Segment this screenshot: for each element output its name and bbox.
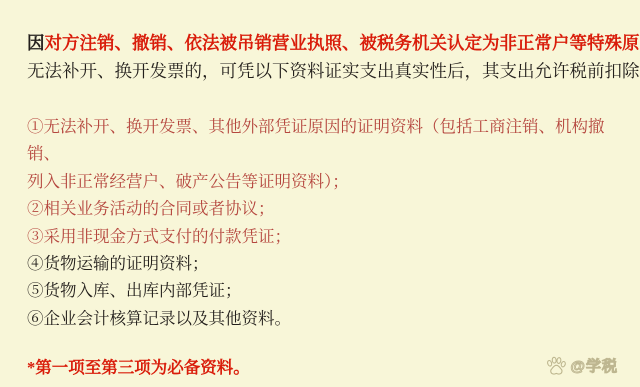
list-item: ④货物运输的证明资料； xyxy=(27,250,622,277)
list-item: ③采用非现金方式支付的付款凭证； xyxy=(27,223,622,250)
footnote: *第一项至第三项为必备资料。 xyxy=(27,355,622,381)
document-list: ①无法补开、换开发票、其他外部凭证原因的证明资料（包括工商注销、机构撤销、 列入… xyxy=(27,113,622,332)
intro-paragraph: 因对方注销、撤销、依法被吊销营业执照、被税务机关认定为非正常户等特殊原因无法补开… xyxy=(27,29,622,85)
slide-background: 因对方注销、撤销、依法被吊销营业执照、被税务机关认定为非正常户等特殊原因无法补开… xyxy=(0,0,640,387)
intro-emphasis: 对方注销、撤销、依法被吊销营业执照、被税务机关认定为非正常户等特殊原因 xyxy=(45,33,640,53)
watermark: @学税 xyxy=(545,355,618,376)
list-item: ②相关业务活动的合同或者协议； xyxy=(27,195,622,222)
list-item: ⑤货物入库、出库内部凭证； xyxy=(27,277,622,304)
watermark-source-text: @学税 xyxy=(570,355,618,376)
intro-prefix: 因 xyxy=(27,33,45,53)
intro-line2: 无法补开、换开发票的，可凭以下资料证实支出真实性后，其支出允许税前扣除： xyxy=(27,57,622,85)
list-item: ①无法补开、换开发票、其他外部凭证原因的证明资料（包括工商注销、机构撤销、 列入… xyxy=(27,113,622,195)
baidu-paw-icon xyxy=(545,356,567,376)
list-item: ⑥企业会计核算记录以及其他资料。 xyxy=(27,305,622,332)
